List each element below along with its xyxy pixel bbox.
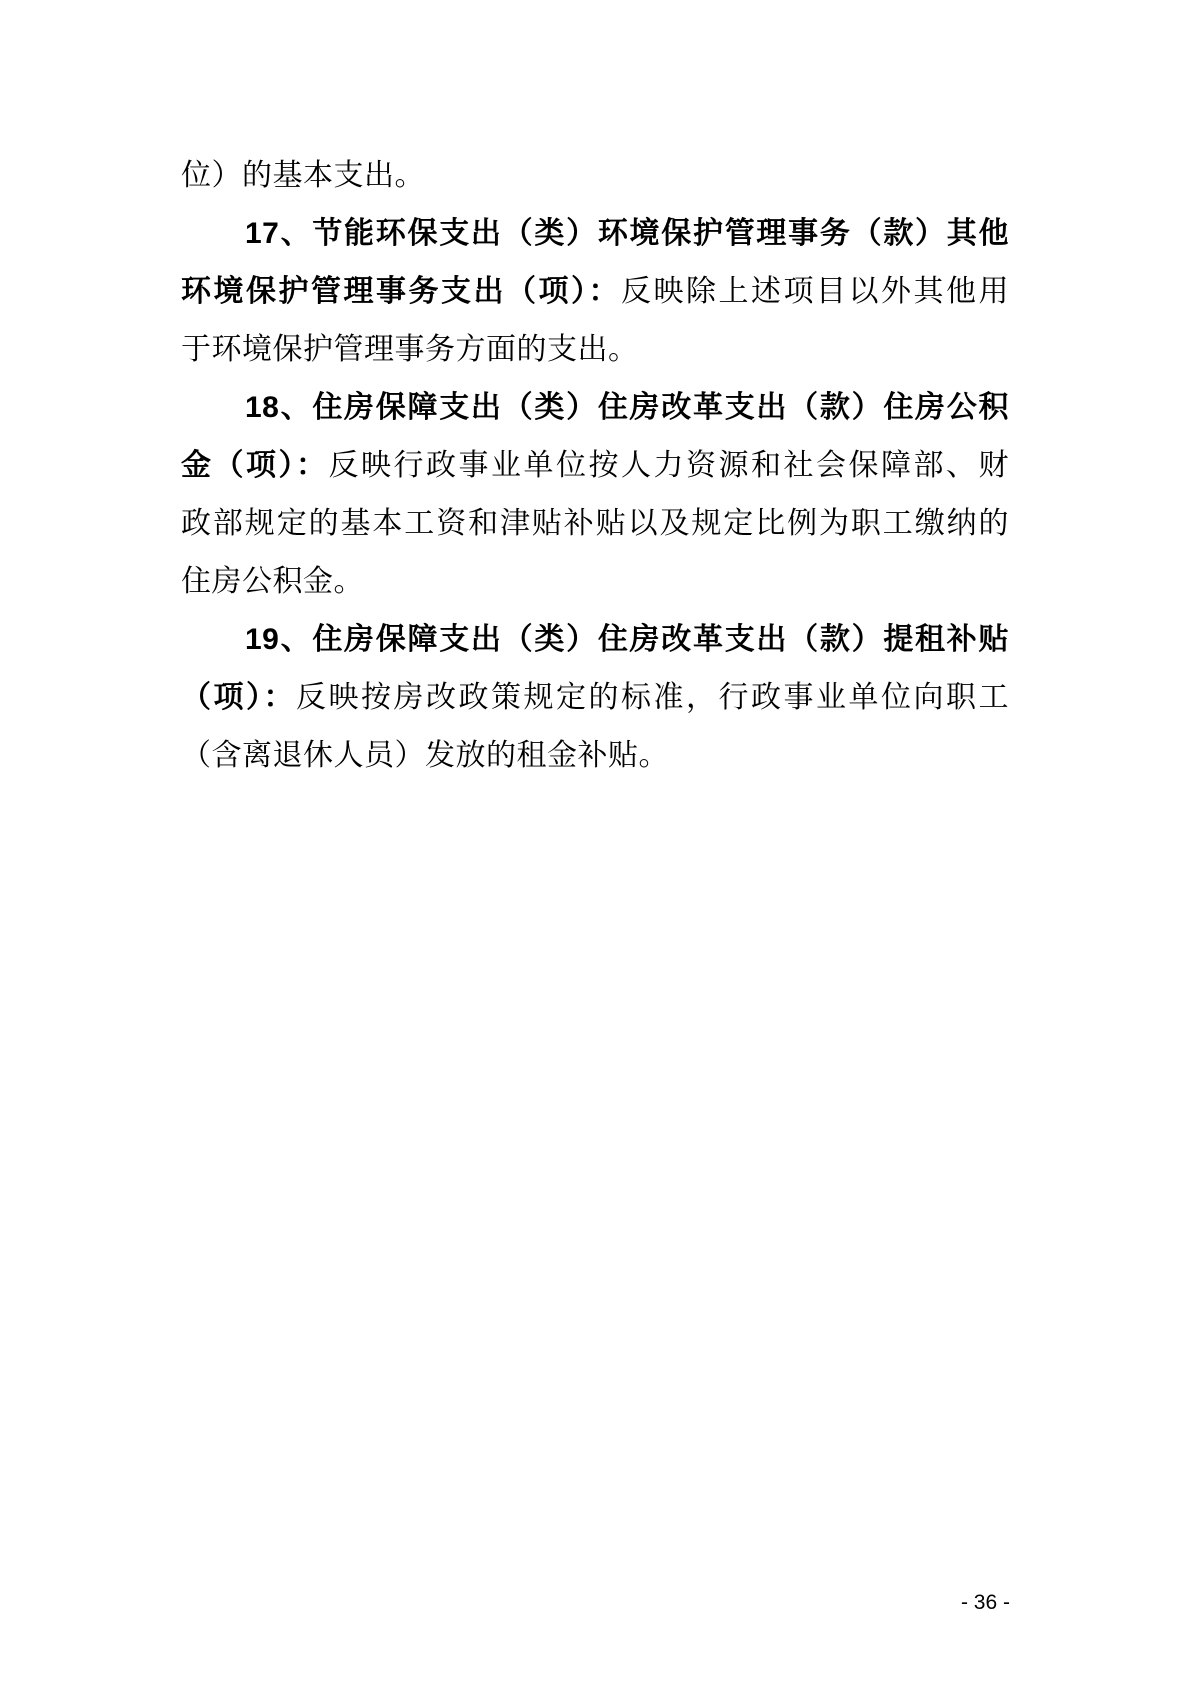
text-line: 环境保护管理事务支出（项）：反映除上述项目以外其他用 <box>181 263 1009 321</box>
text-line: 17、节能环保支出（类）环境保护管理事务（款）其他 <box>181 205 1009 263</box>
heading-text: 18、住房保障支出（类）住房改革支出（款）住房公积 <box>245 391 1009 424</box>
text-line: 位）的基本支出。 <box>181 147 1009 205</box>
body-text: 反映行政事业单位按人力资源和社会保障部、财 <box>329 449 1010 482</box>
body-text: 反映按房改政策规定的标准，行政事业单位向职工 <box>296 681 1009 714</box>
document-page: 位）的基本支出。17、节能环保支出（类）环境保护管理事务（款）其他环境保护管理事… <box>0 0 1190 1683</box>
paragraph: 17、节能环保支出（类）环境保护管理事务（款）其他环境保护管理事务支出（项）：反… <box>181 205 1009 379</box>
heading-text: （项）： <box>181 681 296 714</box>
heading-text: 金（项）： <box>181 449 329 482</box>
document-body: 位）的基本支出。17、节能环保支出（类）环境保护管理事务（款）其他环境保护管理事… <box>181 147 1009 785</box>
text-line: 19、住房保障支出（类）住房改革支出（款）提租补贴 <box>181 611 1009 669</box>
text-line: （项）：反映按房改政策规定的标准，行政事业单位向职工 <box>181 669 1009 727</box>
page: { "page": { "background_color": "#ffffff… <box>0 0 1190 1683</box>
text-line: 住房公积金。 <box>181 553 1009 611</box>
body-text: 住房公积金。 <box>181 565 364 598</box>
body-text: 于环境保护管理事务方面的支出。 <box>181 333 639 366</box>
text-line: 政部规定的基本工资和津贴补贴以及规定比例为职工缴纳的 <box>181 495 1009 553</box>
page-number: - 36 - <box>961 1591 1010 1614</box>
body-text: （含离退休人员）发放的租金补贴。 <box>181 739 669 772</box>
body-text: 反映除上述项目以外其他用 <box>621 275 1009 308</box>
heading-text: 17、节能环保支出（类）环境保护管理事务（款）其他 <box>245 217 1009 250</box>
heading-text: 环境保护管理事务支出（项）： <box>181 275 621 308</box>
paragraph: 18、住房保障支出（类）住房改革支出（款）住房公积金（项）：反映行政事业单位按人… <box>181 379 1009 611</box>
page-footer: - 36 - <box>961 1589 1010 1616</box>
paragraph: 19、住房保障支出（类）住房改革支出（款）提租补贴（项）：反映按房改政策规定的标… <box>181 611 1009 785</box>
text-line: 于环境保护管理事务方面的支出。 <box>181 321 1009 379</box>
body-text: 位）的基本支出。 <box>181 159 425 192</box>
text-line: 18、住房保障支出（类）住房改革支出（款）住房公积 <box>181 379 1009 437</box>
body-text: 政部规定的基本工资和津贴补贴以及规定比例为职工缴纳的 <box>181 507 1009 540</box>
text-line: 金（项）：反映行政事业单位按人力资源和社会保障部、财 <box>181 437 1009 495</box>
text-line: （含离退休人员）发放的租金补贴。 <box>181 727 1009 785</box>
heading-text: 19、住房保障支出（类）住房改革支出（款）提租补贴 <box>245 623 1009 656</box>
paragraph: 位）的基本支出。 <box>181 147 1009 205</box>
